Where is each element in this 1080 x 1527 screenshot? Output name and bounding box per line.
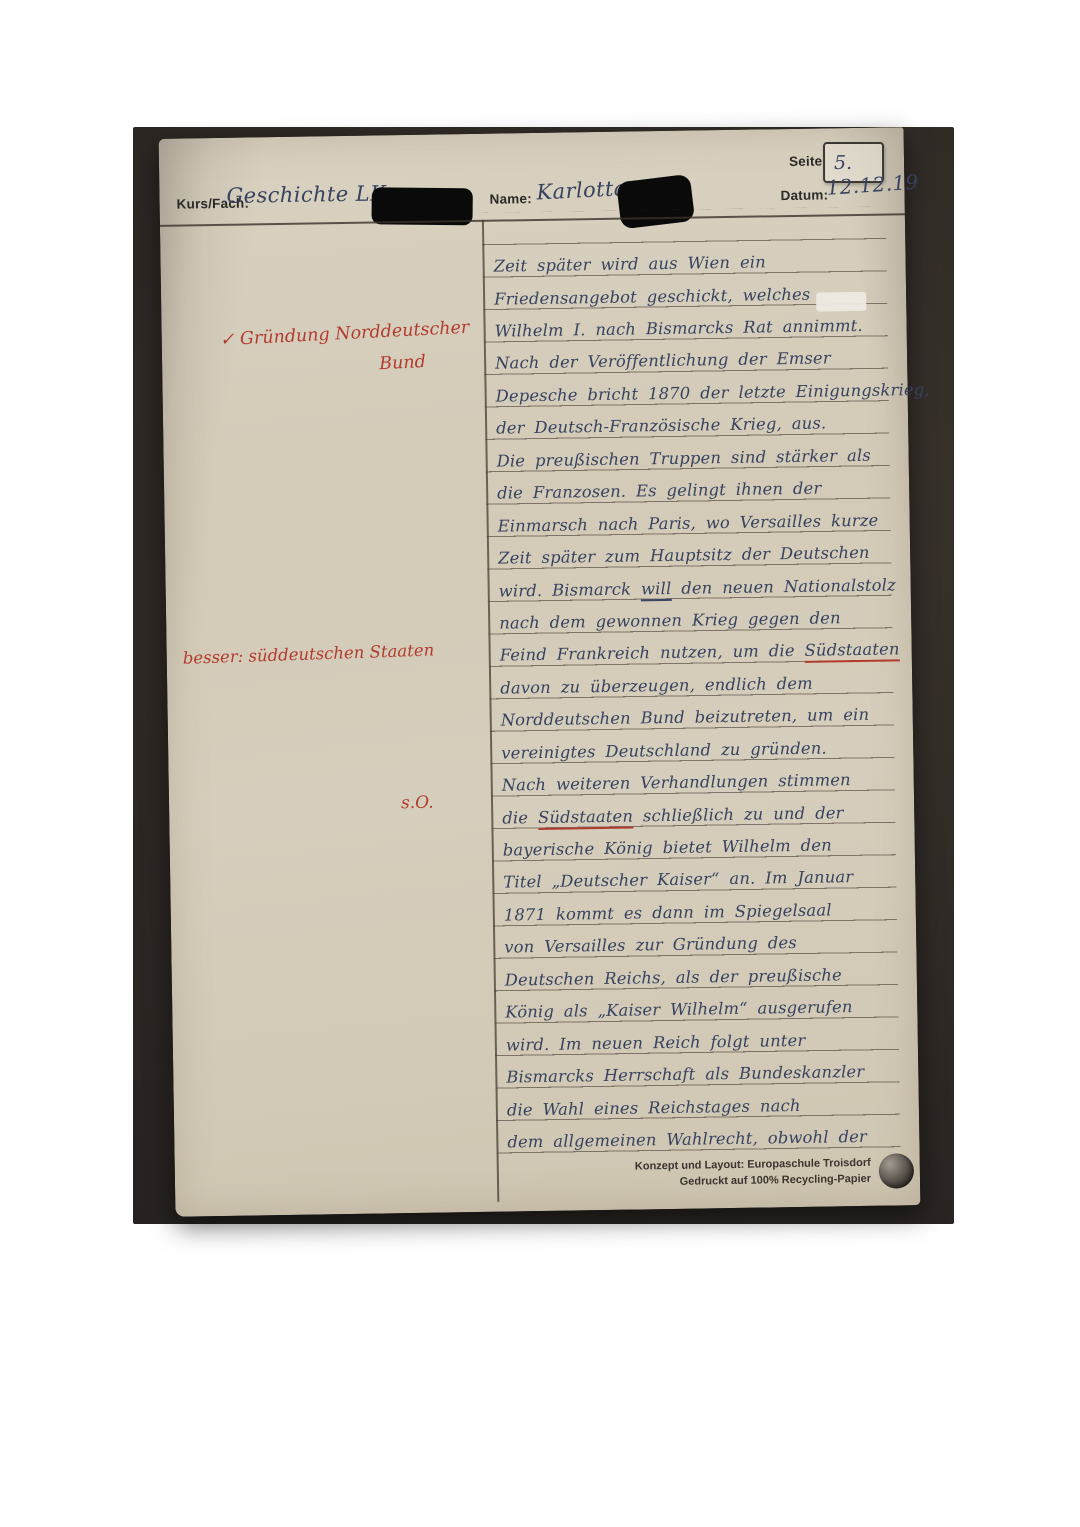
handwritten-line: Bismarcks Herrschaft als Bundeskanzler bbox=[506, 1050, 902, 1089]
handwritten-line: wird. Bismarck will den neuen Nationalst… bbox=[498, 564, 894, 603]
page-number-label: Seite bbox=[789, 153, 823, 169]
margin-note-siehe-oben: s.O. bbox=[401, 793, 434, 814]
handwritten-line: Wilhelm I. nach Bismarcks Rat annimmt. bbox=[494, 304, 890, 343]
course-value: Geschichte LK bbox=[226, 181, 386, 208]
name-label: Name: bbox=[489, 191, 531, 207]
handwritten-line: Deutschen Reichs, als der preußische bbox=[505, 953, 901, 992]
photo-background: Kurs/Fach: Geschichte LK Name: Karlotta … bbox=[133, 127, 954, 1224]
date-label: Datum: bbox=[780, 187, 828, 203]
handwritten-line: Einmarsch nach Paris, wo Versailles kurz… bbox=[497, 499, 893, 538]
margin-note-gruendung: ✓ Gründung Norddeutscher Bund bbox=[219, 318, 469, 351]
screenshot-canvas: Kurs/Fach: Geschichte LK Name: Karlotta … bbox=[0, 0, 1080, 1527]
notebook-page: Kurs/Fach: Geschichte LK Name: Karlotta … bbox=[159, 127, 921, 1217]
margin-note-besser: besser: süddeutschen Staaten bbox=[182, 640, 434, 667]
handwritten-line: Die preußischen Truppen sind stärker als bbox=[496, 434, 892, 473]
handwritten-line: Titel „Deutscher Kaiser“ an. Im Januar bbox=[503, 856, 899, 895]
date-value: 12.12.19 bbox=[826, 170, 920, 200]
globe-icon bbox=[879, 1153, 915, 1189]
footer: Konzept und Layout: Europaschule Troisdo… bbox=[635, 1153, 914, 1192]
footer-text: Konzept und Layout: Europaschule Troisdo… bbox=[635, 1156, 871, 1190]
handwritten-line: Depesche bricht 1870 der letzte Einigung… bbox=[495, 369, 891, 408]
handwritten-lines: Zeit später wird aus Wien einFriedensang… bbox=[493, 239, 903, 1153]
name-value: Karlotta bbox=[536, 176, 627, 205]
page-number-value: 5. bbox=[834, 152, 852, 174]
handwritten-line: dem allgemeinen Wahlrecht, obwohl der bbox=[507, 1115, 903, 1154]
handwritten-line: Zeit später zum Hauptsitz der Deutschen bbox=[498, 531, 894, 570]
handwritten-line: Feind Frankreich nutzen, um die Südstaat… bbox=[499, 629, 895, 668]
handwritten-line: Nach weiteren Verhandlungen stimmen bbox=[501, 758, 897, 797]
handwritten-line: Norddeutschen Bund beizutreten, um ein bbox=[500, 694, 896, 733]
handwritten-line: die Südstaaten schließlich zu und der bbox=[502, 791, 898, 830]
handwritten-line: nach dem gewonnen Krieg gegen den bbox=[499, 596, 895, 635]
handwritten-line: König als „Kaiser Wilhelm“ ausgerufen bbox=[505, 985, 901, 1024]
